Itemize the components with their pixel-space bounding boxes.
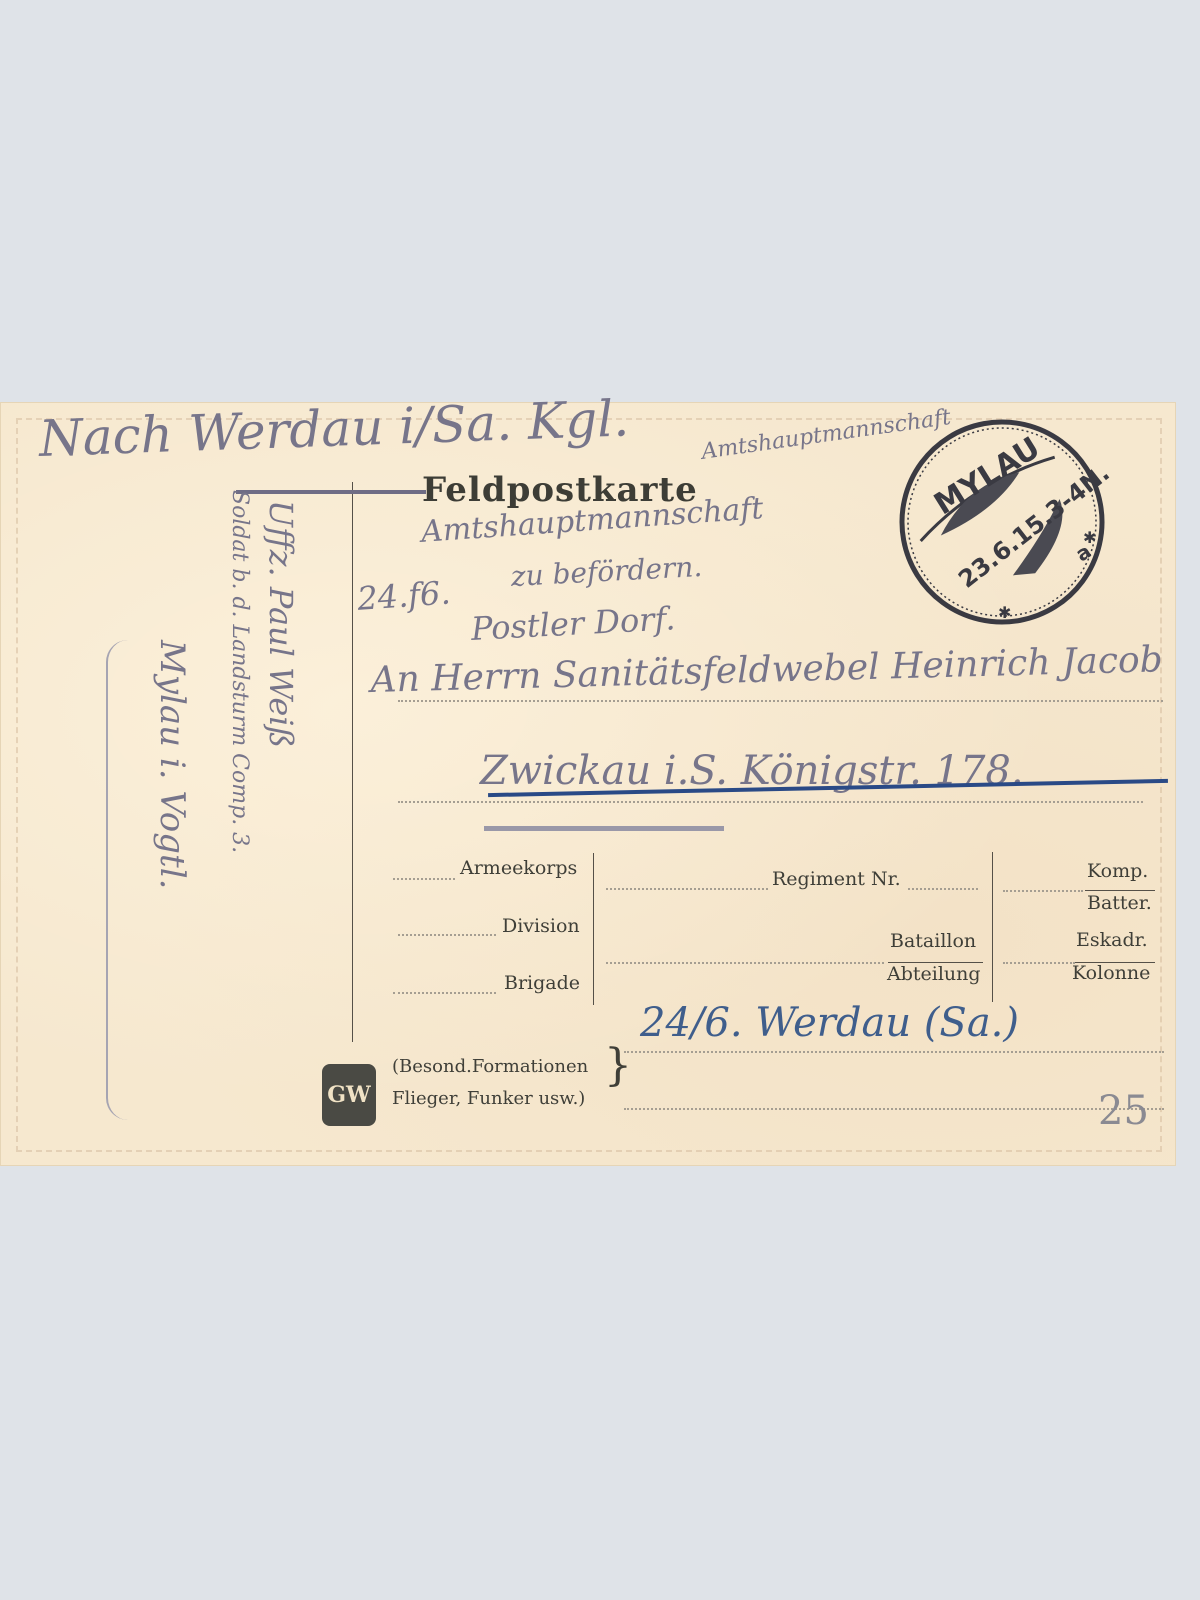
label-komp: Komp. [1087,860,1148,882]
regiment-dots-right [908,888,978,890]
svg-text:✱: ✱ [1083,528,1096,547]
label-armeekorps: Armeekorps [460,857,577,879]
brigade-dots [393,992,496,994]
sender-town: Mylau i. Vogtl. [152,640,192,889]
sender-name: Uffz. Paul Weiß [262,500,300,748]
label-division: Division [502,915,580,937]
address-line-2 [398,801,1143,803]
special-formations-line-1: (Besond.Formationen [392,1056,588,1077]
label-abteilung: Abteilung [887,963,981,985]
pencil-underline [236,490,426,494]
special-formations-line-2: Flieger, Funker usw.) [392,1088,585,1109]
handwritten-date: 24.f6. [356,573,452,617]
armeekorps-dots [393,878,455,880]
bataillon-dots [606,962,884,964]
postmark-city: MYLAU [928,430,1046,522]
label-regiment: Regiment Nr. [772,868,901,890]
formations-line-1 [624,1051,1164,1053]
pencil-address-underline [484,826,724,831]
formations-line-2 [624,1108,1164,1110]
label-brigade: Brigade [504,972,580,994]
field-divider-right [992,852,993,1002]
label-bataillon: Bataillon [890,930,976,952]
pencil-number: 25 [1098,1088,1149,1134]
komp-underline [1085,890,1155,891]
eskadr-dots [1003,962,1075,964]
regiment-dots-left [606,888,768,890]
special-formations-brace: } [604,1040,632,1091]
komp-dots [1003,890,1083,892]
label-kolonne: Kolonne [1072,962,1150,984]
svg-text:✱: ✱ [998,603,1011,622]
publisher-logo: GW [322,1064,376,1126]
publisher-logo-text: GW [327,1082,371,1108]
sender-divider [352,482,353,1042]
postmark-stamp: MYLAU 23.6.15.3-4N. a ✱ ✱ [893,413,1111,631]
label-batter: Batter. [1087,892,1152,914]
address-line-1 [398,700,1163,702]
field-divider-left [593,853,594,1005]
pencil-curve-stroke [106,640,128,1120]
forwarding-note: 24/6. Werdau (Sa.) [640,1000,1019,1046]
division-dots [398,934,496,936]
sender-unit: Soldat b. d. Landsturm Comp. 3. [227,490,252,853]
label-eskadr: Eskadr. [1076,929,1148,951]
